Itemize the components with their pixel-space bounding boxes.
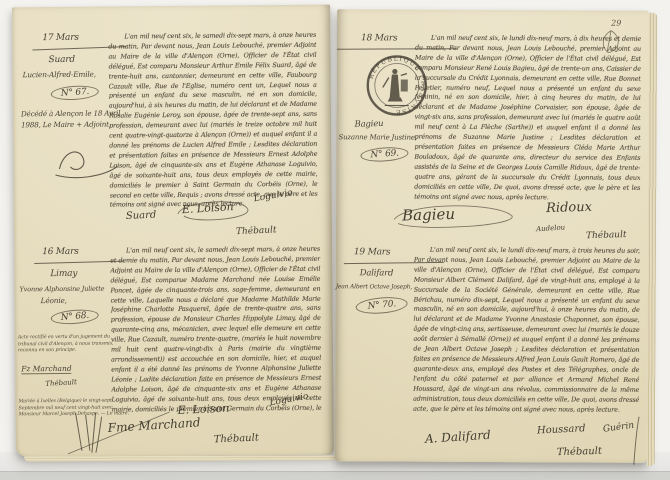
entry-68-act-number: N° 68. — [50, 308, 99, 326]
scan-background-strip — [0, 471, 670, 480]
right-page: 29 18 Mars RÉPUBLIQUE FRANÇAISE — [335, 9, 649, 463]
signature: E. Loison — [177, 402, 229, 417]
act-entry-68: 16 Mars Limay Yvonne Alphonsine Juliette… — [12, 5, 334, 458]
entry-68-margin-note-a: Acte rectifié en vertu d'un jugement du … — [18, 334, 126, 355]
entry-68-surname: Limay — [50, 269, 77, 279]
entry-68-given-names: Yvonne Alphonsine Juliette — [19, 285, 104, 294]
margin-signature: Thébault — [45, 378, 77, 388]
entry-70-body: L'an mil neuf cent six, le lundi dix-neu… — [413, 246, 640, 427]
signature: Houssard — [537, 423, 586, 436]
pen-stroke — [631, 415, 641, 467]
entry-68-date: 16 Mars — [42, 247, 79, 257]
signature: Thébault — [557, 446, 602, 458]
entry-68-given-names-2: Léonie, — [41, 296, 67, 305]
registry-scan: 17 Mars Suard Lucien-Alfred-Emile, N° 67… — [0, 0, 670, 480]
left-page: 17 Mars Suard Lucien-Alfred-Emile, N° 67… — [12, 5, 334, 458]
entry-70-date: 19 Mars — [354, 247, 390, 257]
signature: A. Dalifard — [425, 428, 492, 446]
signature: Thébault — [214, 432, 259, 445]
entry-70-surname: Dalifard — [360, 268, 394, 278]
entry-70-given-names: Jean Albert Octave Joseph, — [336, 283, 412, 290]
act-entry-70: 19 Mars Dalifard Jean Albert Octave Jose… — [335, 9, 649, 463]
margin-signature: Fz Marchand — [21, 364, 72, 374]
entry-68-body: L'an mil neuf cent six, le samedi dix-se… — [110, 245, 321, 413]
entry-70-act-number: N° 70. — [355, 295, 408, 315]
